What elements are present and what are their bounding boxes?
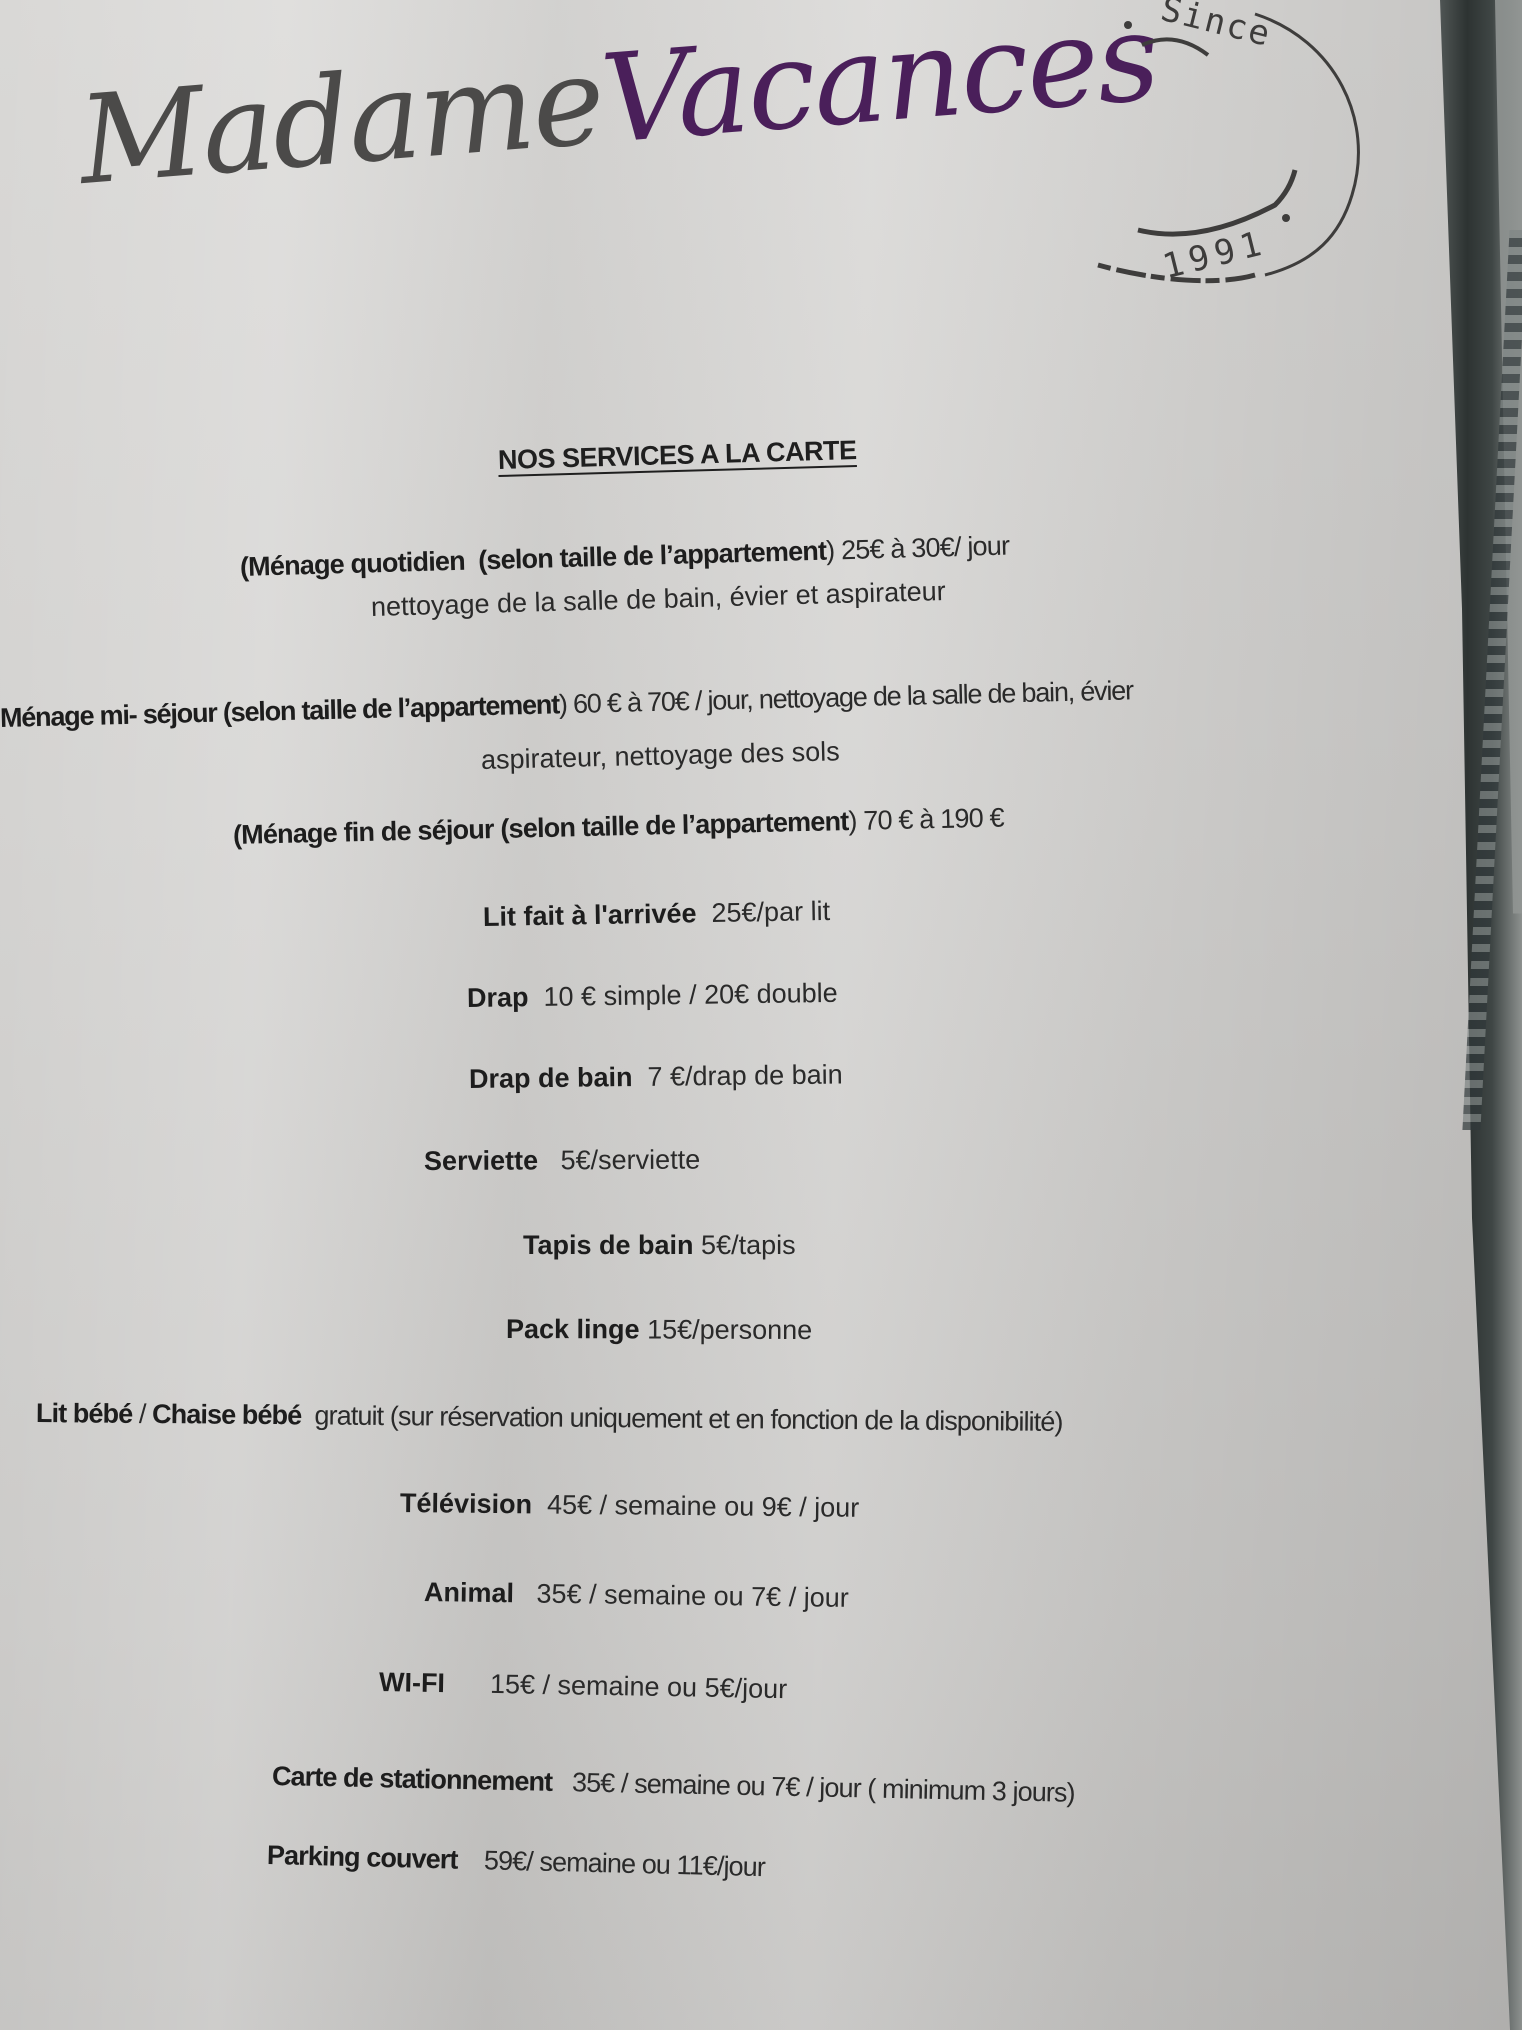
service-price: 5€/serviette <box>561 1145 701 1176</box>
service-price: 15€/personne <box>647 1314 812 1345</box>
service-label: WI-FI <box>379 1667 445 1698</box>
service-bed-made: Lit fait à l'arrivée 25€/par lit <box>483 896 831 933</box>
service-sheet: Drap 10 € simple / 20€ double <box>467 978 838 1014</box>
service-label: Pack linge <box>506 1314 640 1344</box>
service-price: ) 70 € à 190 € <box>848 803 1004 837</box>
service-price: 59€/ semaine ou 11€/jour <box>484 1845 766 1882</box>
service-price: 7 €/drap de bain <box>647 1059 843 1091</box>
service-price: 10 € simple / 20€ double <box>543 978 838 1012</box>
service-separator: / <box>132 1399 152 1429</box>
service-label: Animal <box>424 1577 514 1608</box>
service-bath-sheet: Drap de bain 7 €/drap de bain <box>469 1059 843 1095</box>
service-bath-mat: Tapis de bain 5€/tapis <box>523 1230 796 1261</box>
service-towel: Serviette 5€/serviette <box>424 1145 700 1177</box>
service-linen-pack: Pack linge 15€/personne <box>506 1314 812 1346</box>
price-sheet-paper <box>0 0 1522 2030</box>
service-label: (Ménage quotidien <box>240 546 466 582</box>
service-price: 15€ / semaine ou 5€/jour <box>490 1669 788 1704</box>
service-label: Tapis de bain <box>523 1230 694 1260</box>
service-label: Lit fait à l'arrivée <box>483 898 697 932</box>
service-label: Ménage mi- séjour <box>0 698 217 733</box>
service-label: Parking couvert <box>267 1840 458 1875</box>
service-price: 45€ / semaine ou 9€ / jour <box>547 1490 860 1523</box>
service-label: Drap <box>467 982 529 1013</box>
service-price: ) 25€ à 30€/ jour <box>826 531 1010 566</box>
service-label-2: Chaise bébé <box>152 1399 301 1430</box>
service-television: Télévision 45€ / semaine ou 9€ / jour <box>400 1488 860 1524</box>
service-label: Drap de bain <box>469 1062 633 1094</box>
service-label: (Ménage fin de séjour <box>233 814 494 850</box>
service-label: Lit bébé <box>36 1398 133 1429</box>
service-pet: Animal 35€ / semaine ou 7€ / jour <box>424 1577 849 1614</box>
service-label: Carte de stationnement <box>272 1761 553 1797</box>
service-price: 35€ / semaine ou 7€ / jour <box>536 1579 849 1613</box>
service-price: 5€/tapis <box>701 1230 796 1260</box>
service-label: Télévision <box>400 1488 532 1519</box>
service-label: Serviette <box>424 1145 538 1176</box>
service-price: gratuit (sur réservation uniquement et e… <box>314 1400 1062 1437</box>
service-price: 25€/par lit <box>711 896 830 928</box>
